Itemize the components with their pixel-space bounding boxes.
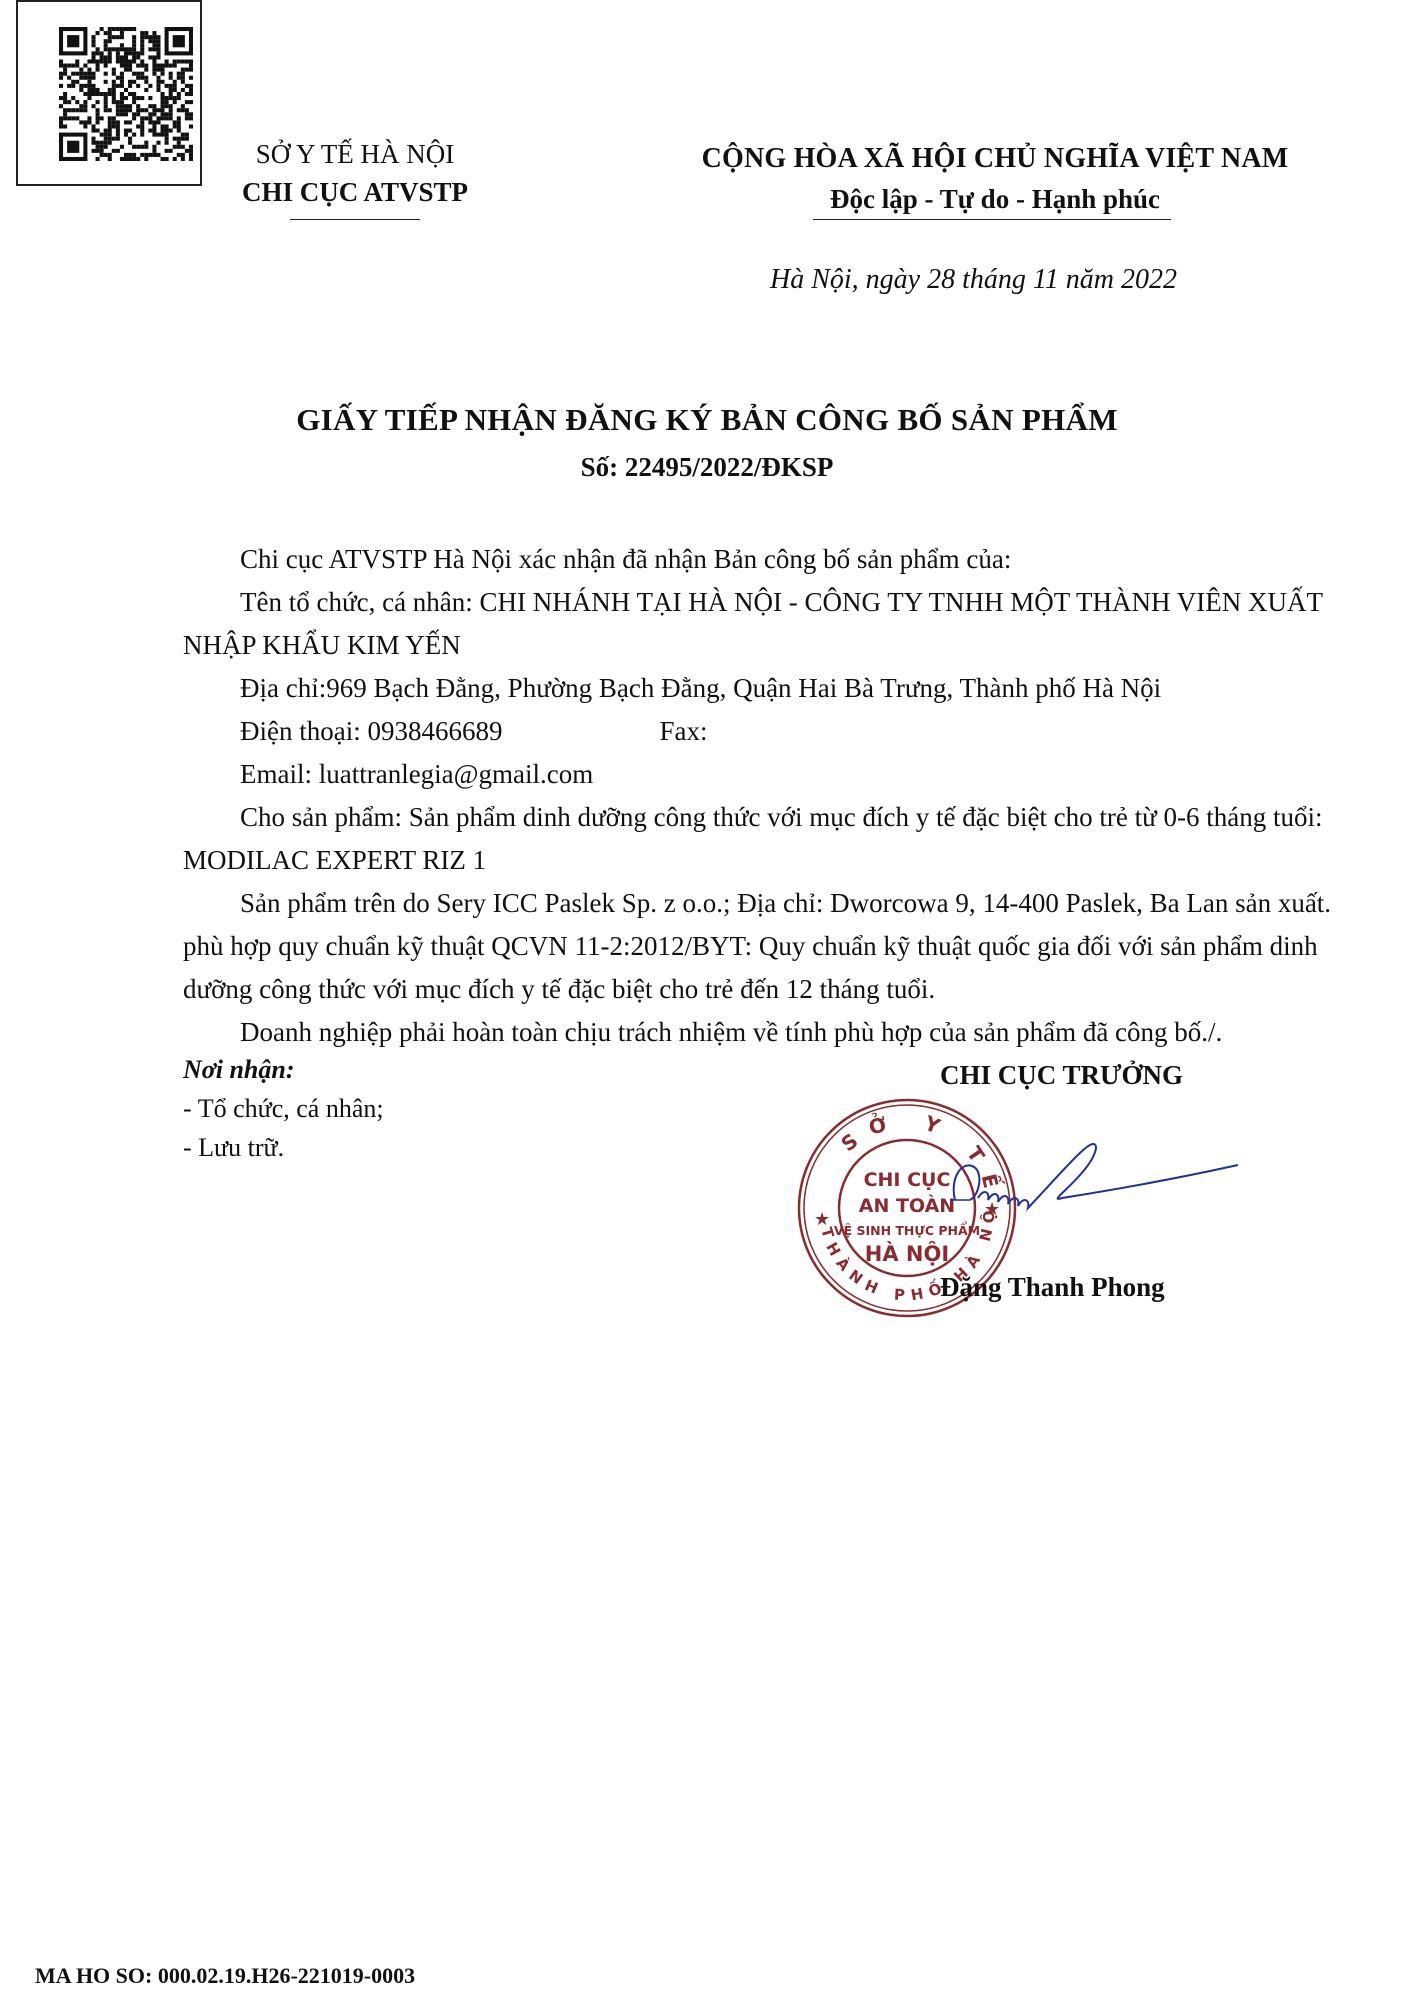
agency-underline [290,219,420,220]
national-header-block: CỘNG HÒA XÃ HỘI CHỦ NGHĨA VIỆT NAM Độc l… [660,139,1330,219]
signer-title: CHI CỤC TRƯỞNG [940,1060,1183,1091]
qr-code-frame [16,0,202,186]
handwritten-signature [950,1140,1240,1230]
intro-paragraph: Chi cục ATVSTP Hà Nội xác nhận đã nhận B… [183,538,1348,581]
qr-code-icon [59,27,193,161]
motto-underline [813,219,1171,220]
organization-paragraph: Tên tổ chức, cá nhân: CHI NHÁNH TẠI HÀ N… [183,581,1348,667]
issuing-agency-block: SỞ Y TẾ HÀ NỘI CHI CỤC ATVSTP [200,135,510,211]
nation-name: CỘNG HÒA XÃ HỘI CHỦ NGHĨA VIỆT NAM [660,139,1330,179]
product-paragraph: Cho sản phẩm: Sản phẩm dinh dưỡng công t… [183,796,1348,882]
place-date: Hà Nội, ngày 28 tháng 11 năm 2022 [770,264,1177,296]
fax-text: Fax: [602,710,707,753]
recipients-block: Nơi nhận: - Tổ chức, cá nhân; - Lưu trữ. [183,1050,384,1167]
recipients-heading: Nơi nhận: [183,1050,384,1089]
svg-text:HÀ NỘI: HÀ NỘI [865,1240,949,1266]
svg-text:AN TOÀN: AN TOÀN [859,1194,955,1217]
signer-name: Đặng Thanh Phong [940,1272,1165,1303]
record-code: MA HO SO: 000.02.19.H26-221019-0003 [35,1963,415,1989]
svg-text:CHI CỤC: CHI CỤC [864,1169,951,1191]
document-title: GIẤY TIẾP NHẬN ĐĂNG KÝ BẢN CÔNG BỐ SẢN P… [0,402,1414,438]
recipient-item: - Lưu trữ. [183,1128,384,1167]
agency-name: CHI CỤC ATVSTP [200,173,510,211]
svg-text:★: ★ [814,1209,830,1230]
manufacturer-paragraph: Sản phẩm trên do Sery ICC Paslek Sp. z o… [183,882,1348,1011]
responsibility-paragraph: Doanh nghiệp phải hoàn toàn chịu trách n… [183,1011,1348,1054]
national-motto: Độc lập - Tự do - Hạnh phúc [660,179,1330,219]
contact-paragraph: Điện thoại: 0938466689Fax: [183,710,1348,753]
address-paragraph: Địa chỉ:969 Bạch Đằng, Phường Bạch Đằng,… [183,667,1348,710]
email-paragraph: Email: luattranlegia@gmail.com [183,753,1348,796]
document-number: Số: 22495/2022/ĐKSP [0,452,1414,483]
agency-parent: SỞ Y TẾ HÀ NỘI [200,135,510,173]
phone-text: Điện thoại: 0938466689 [240,716,502,746]
document-body: Chi cục ATVSTP Hà Nội xác nhận đã nhận B… [183,538,1348,1054]
recipient-item: - Tổ chức, cá nhân; [183,1089,384,1128]
